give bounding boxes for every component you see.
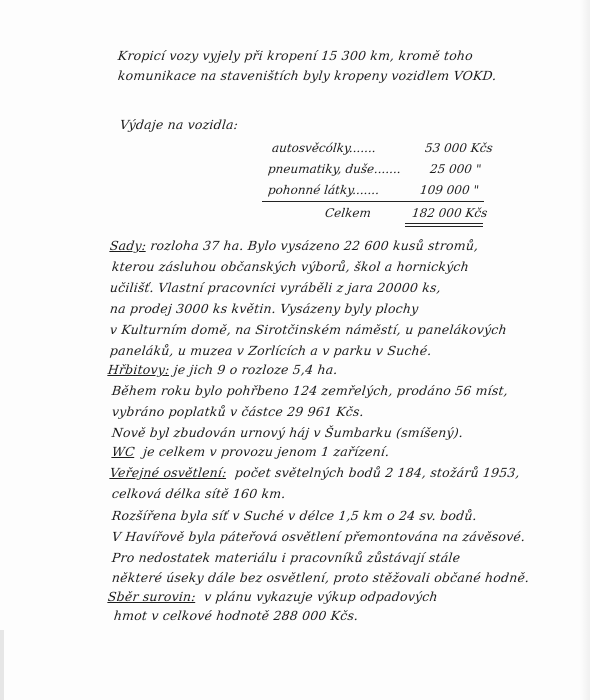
section-wc-line-1: WC je celkem v provozu jenom 1 zařízení. <box>111 444 390 459</box>
intro-line-1: Kropicí vozy vyjely při kropení 15 300 k… <box>117 48 474 63</box>
section-sady-line-1: Sady: rozloha 37 ha. Bylo vysázeno 22 60… <box>109 238 479 253</box>
section-heading: Veřejné osvětlení: <box>109 465 227 480</box>
handwritten-document-page: Kropicí vozy vyjely při kropení 15 300 k… <box>0 0 590 700</box>
expense-total-amount: 182 000 Kčs <box>411 206 488 220</box>
expense-amount-3: 109 000 " <box>419 183 479 197</box>
expenses-heading: Výdaje na vozidla: <box>119 117 239 132</box>
section-sady-line-5: v Kulturním domě, na Sirotčinském náměst… <box>109 322 507 337</box>
expense-label-1: autosvěcólky....... <box>271 141 376 155</box>
section-heading: Sady: <box>109 238 147 253</box>
section-heading: Sběr surovin: <box>107 589 196 604</box>
expense-amount-1: 53 000 Kčs <box>424 141 493 155</box>
section-sber-line-2: hmot v celkové hodnotě 288 000 Kčs. <box>113 608 359 623</box>
section-heading: WC <box>111 444 135 459</box>
section-osvetleni-line-5: Pro nedostatek materiálu i pracovníků zů… <box>111 550 461 565</box>
section-sber-line-1: Sběr surovin: v plánu vykazuje výkup odp… <box>107 589 438 604</box>
expense-label-3: pohonné látky....... <box>267 183 380 197</box>
expense-total-label: Celkem <box>324 206 371 220</box>
section-osvetleni-line-2: celková délka sítě 160 km. <box>111 486 286 501</box>
page-edge-shadow <box>580 0 590 700</box>
section-osvetleni-line-6: některé úseky dále bez osvětlení, proto … <box>111 570 530 585</box>
section-hrbitovy-line-2: Během roku bylo pohřbeno 124 zemřelých, … <box>111 383 509 398</box>
section-osvetleni-line-3: Rozšířena byla síť v Suché v délce 1,5 k… <box>111 508 477 523</box>
total-double-rule-2 <box>405 226 483 227</box>
expense-amount-2: 25 000 " <box>429 162 482 176</box>
page-edge-shadow-left <box>0 630 4 700</box>
section-sady-line-6: paneláků, u muzea v Zorlících a v parku … <box>109 343 432 358</box>
section-sady-line-4: na prodej 3000 ks květin. Vysázeny byly … <box>109 301 419 316</box>
section-hrbitovy-line-3: vybráno poplatků v částce 29 961 Kčs. <box>111 404 364 419</box>
expense-label-2: pneumatiky, duše....... <box>267 162 401 176</box>
section-sady-line-3: učilišť. Vlastní pracovníci vyráběli z j… <box>109 280 441 295</box>
section-hrbitovy-line-1: Hřbitovy: je jich 9 o rozloze 5,4 ha. <box>107 362 338 377</box>
section-hrbitovy-line-4: Nově byl zbudován urnový háj v Šumbarku … <box>111 425 464 440</box>
section-sady-line-2: kterou zásluhou občanských výborů, škol … <box>111 259 470 274</box>
section-osvetleni-line-4: V Havířově byla páteřová osvětlení přemo… <box>111 529 526 544</box>
total-double-rule-1 <box>405 223 483 224</box>
section-heading: Hřbitovy: <box>107 362 170 377</box>
intro-line-2: komunikace na staveništích byly kropeny … <box>117 68 497 83</box>
section-osvetleni-line-1: Veřejné osvětlení: počet světelných bodů… <box>109 465 520 480</box>
sum-rule <box>262 201 484 202</box>
